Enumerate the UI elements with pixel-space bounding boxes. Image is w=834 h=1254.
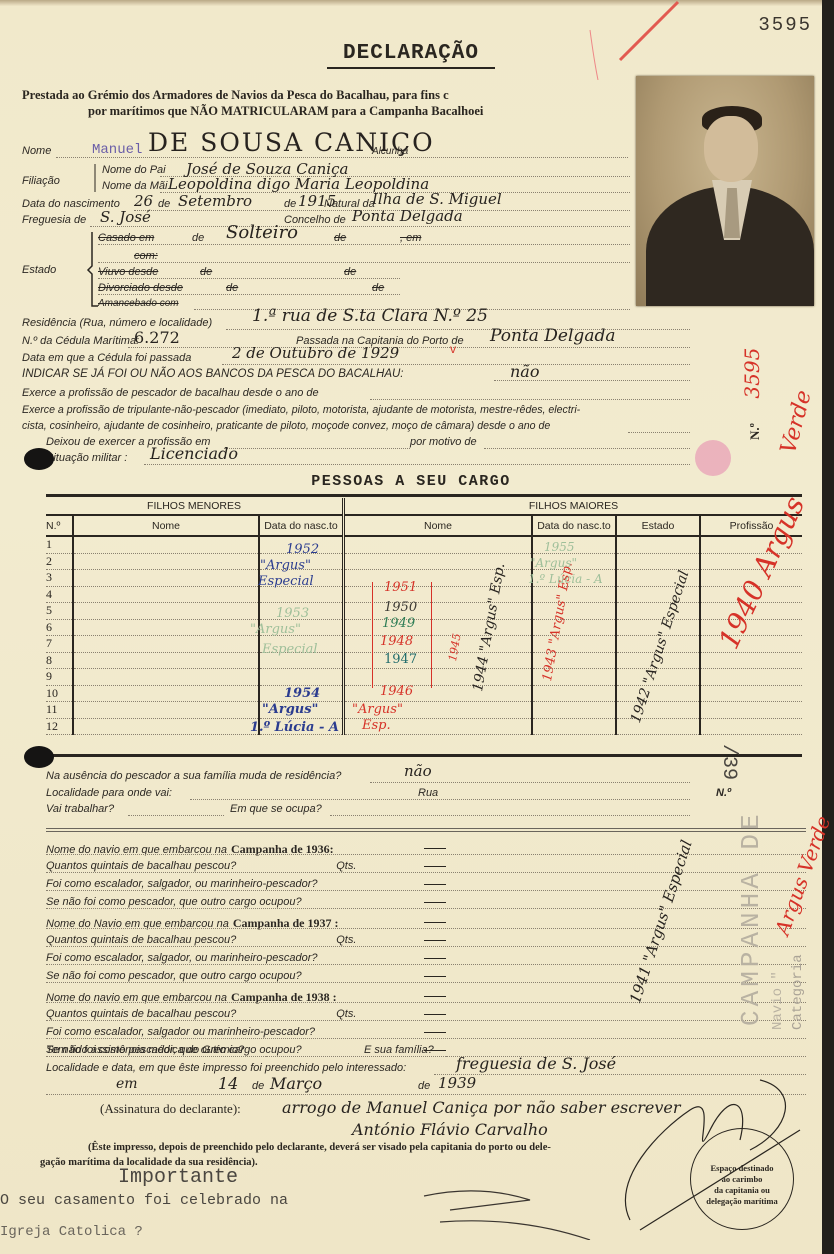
- table-cell: [532, 619, 616, 636]
- table-cell: [73, 669, 259, 686]
- campanha-line: [46, 890, 806, 891]
- annotation-especial-2: Especial: [262, 642, 318, 657]
- bancos-label: INDICAR SE JÁ FOI OU NÃO AOS BANCOS DA P…: [22, 368, 404, 380]
- qts-label: Qts.: [336, 860, 356, 872]
- table-cell: [532, 603, 616, 620]
- table-cell: [73, 553, 259, 570]
- dash-mark: [424, 976, 446, 977]
- table-bottom-rule: [46, 754, 802, 757]
- table-cell: [616, 553, 700, 570]
- cedula-line: [128, 347, 690, 348]
- campanha-quintais-label: Quantos quintais de bacalhau pescou?Qts.: [46, 1008, 356, 1020]
- table-cell: [73, 619, 259, 636]
- annotation-1949: 1949: [382, 616, 415, 631]
- campanha-line: [46, 946, 806, 947]
- table-row: 12: [46, 718, 802, 735]
- page-title: DECLARAÇÃO: [0, 42, 822, 65]
- cedula-label: N.º da Cédula Marítima:: [22, 335, 139, 347]
- row-number: 6: [46, 619, 73, 636]
- quintais-text: Quantos quintais de bacalhau pescou?: [46, 860, 236, 872]
- page-right-edge: [822, 0, 834, 1254]
- campanha-line: [46, 1038, 806, 1039]
- table-cell: [700, 669, 802, 686]
- campanha-escalador-label: Foi como escalador, salgador ou marinhei…: [46, 1026, 315, 1038]
- table-cell: [73, 603, 259, 620]
- side-number: N.º 3595: [740, 348, 764, 440]
- filhos-menores-header: FILHOS MENORES: [46, 498, 344, 515]
- nome-label: Nome: [22, 145, 51, 157]
- concelho-value: Ponta Delgada: [352, 207, 463, 225]
- estado-label: Estado: [22, 264, 56, 276]
- data-cedula-label: Data em que a Cédula foi passada: [22, 352, 191, 364]
- dash-mark: [424, 996, 446, 997]
- residencia-line: [226, 329, 690, 330]
- pai-label: Nome do Pai: [102, 164, 166, 176]
- residencia-label: Residência (Rua, número e localidade): [22, 317, 212, 329]
- table-cell: [73, 586, 259, 603]
- subtitle-line-2: por marítimos que NÃO MATRICULARAM para …: [88, 104, 483, 119]
- data-cedula-line: [222, 364, 690, 365]
- muda-label: Na ausência do pescador a sua família mu…: [46, 770, 341, 782]
- punch-hole-2: [24, 746, 54, 768]
- natural-value: Ilha de S. Miguel: [372, 190, 502, 208]
- row-number: 10: [46, 685, 73, 702]
- row-number: 3: [46, 570, 73, 587]
- data-mes: Março: [270, 1074, 322, 1093]
- campanha-line: [46, 928, 806, 929]
- divorciado-de: de: [226, 282, 238, 294]
- table-cell: [73, 685, 259, 702]
- freguesia-value: S. José: [100, 208, 151, 226]
- table-cell: [73, 652, 259, 669]
- divorciado-de-2: de: [372, 282, 384, 294]
- qts-label: Qts.: [336, 1008, 356, 1020]
- pessoas-title: PESSOAS A SEU CARGO: [0, 473, 822, 490]
- ocupa-label: Em que se ocupa?: [230, 803, 322, 815]
- motivo-label: por motivo de: [410, 436, 477, 448]
- annotation-argus-1: "Argus": [260, 558, 311, 573]
- row-number: 12: [46, 718, 73, 735]
- pink-ink-spot: [695, 440, 731, 476]
- militar-value: Licenciado: [150, 444, 238, 463]
- subtitle-line-1: Prestada ao Grémio dos Armadores de Navi…: [22, 88, 449, 103]
- punch-hole: [24, 448, 54, 470]
- alcunha-label: Alcunha: [372, 146, 408, 157]
- casamento-question-1: O seu casamento foi celebrado na: [0, 1192, 288, 1209]
- official-signature: [600, 1070, 820, 1250]
- data-de-1: de: [252, 1080, 264, 1092]
- residencia-value: 1.ª rua de S.ta Clara N.º 25: [252, 306, 488, 326]
- dash-mark: [424, 958, 446, 959]
- tripulante-line: [628, 432, 690, 433]
- campanha-quintais-label: Quantos quintais de bacalhau pescou?Qts.: [46, 860, 356, 872]
- estado-brace: [86, 230, 98, 308]
- freguesia-line: [90, 226, 630, 227]
- row-number: 11: [46, 702, 73, 719]
- dash-mark: [424, 902, 446, 903]
- importante-label: Importante: [118, 1166, 238, 1189]
- mae-label: Nome da Mãi: [102, 180, 167, 192]
- dash-mark: [424, 1014, 446, 1015]
- col-data-menores: Data do nasc.to: [259, 515, 344, 536]
- annotation-lucia-2: 1.º Lúcia - A: [528, 572, 603, 586]
- dash-mark: [424, 884, 446, 885]
- localidade-data-label: Localidade e data, em que êste impresso …: [46, 1062, 406, 1074]
- dash-mark: [424, 940, 446, 941]
- table-cell: [73, 702, 259, 719]
- side-stamp-categoria: Categoria: [790, 954, 806, 1030]
- table-cell: [700, 685, 802, 702]
- militar-label: Situação militar :: [46, 452, 127, 464]
- annotation-argus-2: "Argus": [250, 622, 301, 637]
- annotation-lucia-1: 1.º Lúcia - A: [250, 720, 339, 735]
- quintais-text: Quantos quintais de bacalhau pescou?: [46, 934, 236, 946]
- portrait-photo: [636, 76, 814, 306]
- table-cell: [73, 718, 259, 735]
- capitania-value: Ponta Delgada: [490, 326, 615, 346]
- muda-line: [370, 782, 690, 783]
- data-cedula-value: 2 de Outubro de 1929: [232, 344, 399, 362]
- ocupa-line: [330, 815, 690, 816]
- campanha-line: [46, 908, 806, 909]
- side-no-label: N.º: [747, 423, 762, 440]
- cedula-value: 6.272: [134, 328, 180, 347]
- annotation-1946: 1946: [380, 684, 413, 699]
- campanha-outro-label: Se não foi como pescador, que outro carg…: [46, 970, 302, 982]
- casado-de-2: de: [334, 232, 346, 244]
- campanha-escalador-label: Foi como escalador, salgador, ou marinhe…: [46, 952, 317, 964]
- divorciado-label: Divorciado desde: [98, 282, 183, 294]
- estado-value: Solteiro: [226, 222, 298, 243]
- annotation-argus-4: "Argus": [530, 556, 577, 570]
- assistencia-label: Tem tido assistência médica do Grémio?: [46, 1044, 244, 1056]
- filiacao-brace: [92, 162, 102, 194]
- stamp-year: /39: [717, 744, 740, 780]
- data-em: em: [116, 1076, 138, 1092]
- motivo-line: [484, 448, 690, 449]
- com-line: [98, 262, 630, 263]
- side-no-value: 3595: [740, 348, 764, 399]
- campanha-line: [46, 1020, 806, 1021]
- rua-label: Rua: [418, 787, 438, 799]
- table-cell: [344, 536, 533, 553]
- viuvo-label: Viuvo desde: [98, 266, 158, 278]
- data-de-2: de: [418, 1080, 430, 1092]
- tripulante-label-1: Exerce a profissão de tripulante-não-pes…: [22, 404, 580, 416]
- de-2: de: [284, 198, 296, 210]
- data-dia: 14: [218, 1074, 238, 1093]
- annotation-argus-red: "Argus": [352, 702, 403, 717]
- nascimento-month: Setembro: [178, 192, 252, 210]
- dash-mark: [424, 848, 446, 849]
- localidade-data-value: freguesia de S. José: [456, 1054, 616, 1073]
- campanha-line: [46, 964, 806, 965]
- freguesia-label: Freguesia de: [22, 214, 86, 226]
- annotation-1953: 1953: [276, 606, 309, 621]
- table-cell: [532, 586, 616, 603]
- amancebado-label: Amancebado com: [98, 298, 179, 309]
- qts-label: Qts.: [336, 934, 356, 946]
- red-check-mark: v: [450, 342, 456, 356]
- table-cell: [616, 685, 700, 702]
- annotation-1954: 1954: [284, 686, 320, 701]
- table-cell: [532, 685, 616, 702]
- row-number: 1: [46, 536, 73, 553]
- campanha-line: [46, 982, 806, 983]
- annotation-1948: 1948: [380, 634, 413, 649]
- table-cell: [532, 702, 616, 719]
- casado-label: Casado em: [98, 232, 154, 244]
- row-number: 5: [46, 603, 73, 620]
- table-cell: [532, 718, 616, 735]
- pen-strokes: [420, 1180, 600, 1240]
- side-stamp-campanha: CAMPANHA DE: [736, 810, 766, 1026]
- filiacao-label: Filiação: [22, 175, 60, 187]
- campanha-escalador-label: Foi como escalador, salgador, ou marinhe…: [46, 878, 317, 890]
- casado-em: , em: [400, 232, 421, 244]
- annotation-especial-1: Especial: [258, 574, 314, 589]
- table-top-rule: [46, 494, 802, 497]
- row-number: 7: [46, 636, 73, 653]
- nome-typed: Manuel: [92, 142, 142, 158]
- familia-label: E sua família?: [364, 1044, 434, 1056]
- annotation-1951: 1951: [384, 580, 417, 595]
- table-cell: [73, 636, 259, 653]
- de-1: de: [158, 198, 170, 210]
- table-cell: [73, 570, 259, 587]
- col-estado: Estado: [616, 515, 700, 536]
- annotation-1950: 1950: [384, 600, 417, 615]
- campanha-outro-label: Se não foi como pescador, que outro carg…: [46, 896, 302, 908]
- casamento-question-2: Igreja Catolica ?: [0, 1224, 143, 1240]
- col-data-maiores: Data do nasc.to: [532, 515, 616, 536]
- annotation-1952: 1952: [286, 542, 319, 557]
- table-cell: [73, 536, 259, 553]
- assistencia-line: [266, 1056, 356, 1057]
- dash-mark: [424, 1032, 446, 1033]
- row-number: 4: [46, 586, 73, 603]
- table-cell: [259, 669, 344, 686]
- table-row: 11: [46, 702, 802, 719]
- pescador-label: Exerce a profissão de pescador de bacalh…: [22, 387, 319, 399]
- table-cell: [700, 652, 802, 669]
- dash-mark: [424, 922, 446, 923]
- dash-mark: [424, 866, 446, 867]
- annotation-1947: 1947: [384, 652, 417, 667]
- casado-de: de: [192, 232, 204, 244]
- campanha-line: [46, 1002, 806, 1003]
- filhos-maiores-header: FILHOS MAIORES: [344, 498, 803, 515]
- viuvo-de: de: [200, 266, 212, 278]
- row-number: 9: [46, 669, 73, 686]
- red-pen-mark: [560, 0, 700, 80]
- table-cell: [616, 603, 700, 620]
- com-label: com:: [134, 250, 158, 262]
- col-nome-maiores: Nome: [344, 515, 533, 536]
- title-text: DECLARAÇÃO: [327, 42, 495, 69]
- table-row: 2: [46, 553, 802, 570]
- col-numero: N.º: [46, 515, 73, 536]
- assinatura-value-2: António Flávio Carvalho: [352, 1120, 548, 1139]
- n-label: N.º: [716, 787, 731, 799]
- trabalhar-line: [128, 815, 224, 816]
- side-stamp-navio: Navio ": [770, 971, 786, 1030]
- militar-line: [144, 464, 690, 465]
- quintais-text: Quantos quintais de bacalhau pescou?: [46, 1008, 236, 1020]
- table-cell: [700, 718, 802, 735]
- document-number: 3595: [758, 14, 812, 36]
- annotation-esp-red: Esp.: [362, 718, 391, 733]
- table-cell: [700, 702, 802, 719]
- section-divider: [46, 828, 806, 832]
- data-ano: 1939: [438, 1074, 476, 1092]
- localidade-line: [190, 799, 690, 800]
- campanha-quintais-label: Quantos quintais de bacalhau pescou?Qts.: [46, 934, 356, 946]
- casado-line: [98, 244, 630, 245]
- localidade-label: Localidade para onde vai:: [46, 787, 172, 799]
- bancos-value: não: [510, 362, 539, 381]
- viuvo-line: [98, 278, 400, 279]
- campanha-line: [46, 872, 806, 873]
- table-row: 1: [46, 536, 802, 553]
- annotation-argus-3: "Argus": [262, 702, 318, 717]
- divorciado-line: [98, 294, 400, 295]
- deixou-line: [224, 448, 410, 449]
- col-nome-menores: Nome: [73, 515, 259, 536]
- pescador-line: [370, 399, 690, 400]
- row-number: 2: [46, 553, 73, 570]
- row-number: 8: [46, 652, 73, 669]
- tripulante-label-2: cista, cosinheiro, ajudante de cosinheir…: [22, 420, 550, 432]
- trabalhar-label: Vai trabalhar?: [46, 803, 114, 815]
- nota-line-1: (Êste impresso, depois de preenchido pel…: [88, 1142, 551, 1153]
- muda-value: não: [404, 762, 432, 780]
- annotation-1955: 1955: [544, 540, 575, 554]
- table-cell: [616, 536, 700, 553]
- viuvo-de-2: de: [344, 266, 356, 278]
- assinatura-label: (Assinatura do declarante):: [100, 1101, 241, 1117]
